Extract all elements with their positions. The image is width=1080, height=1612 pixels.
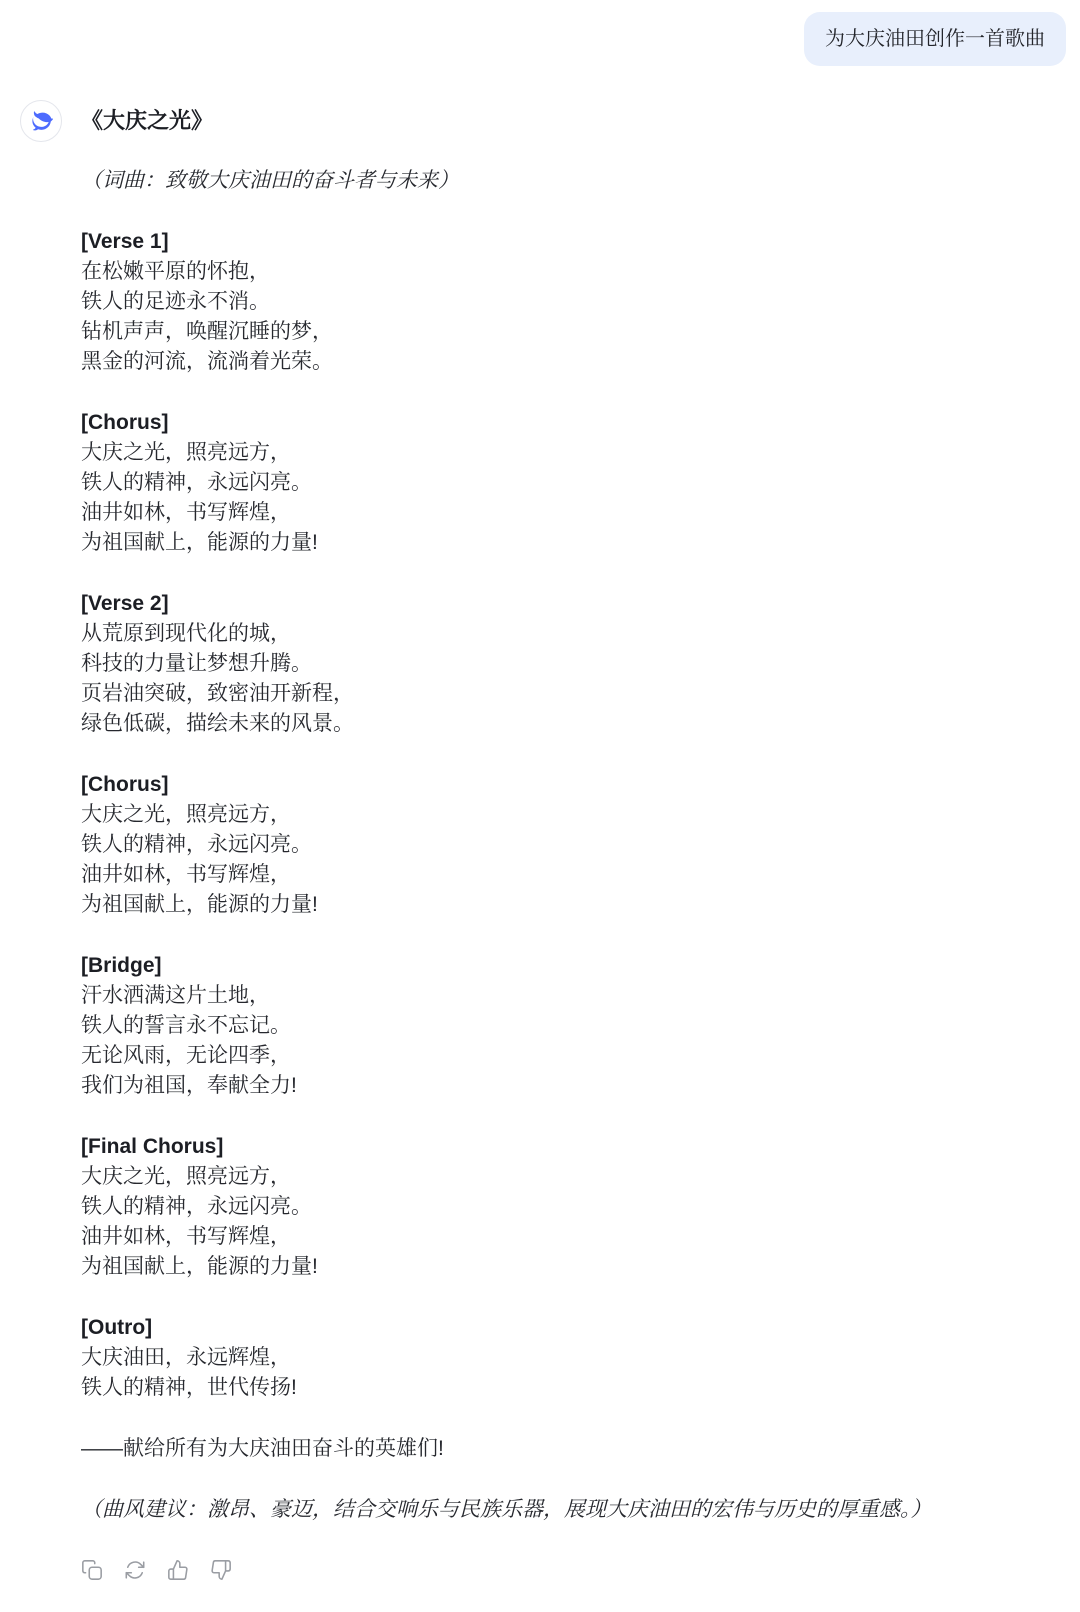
lyric-line: 铁人的精神，永远闪亮。 xyxy=(81,1195,312,1218)
section-chorus-2: [Chorus] 大庆之光，照亮远方， 铁人的精神，永远闪亮。 油井如林，书写辉… xyxy=(81,770,932,920)
lyric-line: 黑金的河流，流淌着光荣。 xyxy=(81,350,333,373)
lyric-line: 大庆之光，照亮远方， xyxy=(81,803,291,826)
copy-icon xyxy=(81,1559,103,1581)
section-header: [Chorus] xyxy=(81,411,169,434)
section-bridge: [Bridge] 汗水洒满这片土地， 铁人的誓言永不忘记。 无论风雨，无论四季，… xyxy=(81,951,932,1101)
lyric-line: 铁人的精神，世代传扬! xyxy=(81,1376,297,1399)
lyric-line: 油井如林，书写辉煌， xyxy=(81,1225,291,1248)
lyric-line: 铁人的足迹永不消。 xyxy=(81,290,270,313)
assistant-avatar xyxy=(20,100,62,142)
thumbs-down-icon xyxy=(210,1559,232,1581)
lyric-line: 在松嫩平原的怀抱， xyxy=(81,260,270,283)
lyric-line: 从荒原到现代化的城， xyxy=(81,622,291,645)
chat-page: 为大庆油田创作一首歌曲 《大庆之光》 （词曲：致敬大庆油田的奋斗者与未来） [V… xyxy=(0,0,1080,1612)
message-actions xyxy=(81,1559,932,1581)
lyric-line: 大庆油田，永远辉煌， xyxy=(81,1346,291,1369)
lyric-line: 油井如林，书写辉煌， xyxy=(81,501,291,524)
style-note: （曲风建议：激昂、豪迈，结合交响乐与民族乐器，展现大庆油田的宏伟与历史的厚重感。… xyxy=(81,1495,932,1525)
lyric-line: 汗水洒满这片土地， xyxy=(81,984,270,1007)
section-header: [Verse 1] xyxy=(81,230,169,253)
lyric-line: 绿色低碳，描绘未来的风景。 xyxy=(81,712,354,735)
section-header: [Verse 2] xyxy=(81,592,169,615)
regenerate-button[interactable] xyxy=(124,1559,146,1581)
song-subtitle: （词曲：致敬大庆油田的奋斗者与未来） xyxy=(81,166,932,196)
assistant-content: 《大庆之光》 （词曲：致敬大庆油田的奋斗者与未来） [Verse 1] 在松嫩平… xyxy=(81,100,932,1581)
assistant-message: 《大庆之光》 （词曲：致敬大庆油田的奋斗者与未来） [Verse 1] 在松嫩平… xyxy=(0,100,1080,1581)
user-message-row: 为大庆油田创作一首歌曲 xyxy=(0,0,1080,66)
lyric-line: 我们为祖国，奉献全力! xyxy=(81,1074,297,1097)
user-message-bubble: 为大庆油田创作一首歌曲 xyxy=(804,12,1066,66)
lyric-line: 科技的力量让梦想升腾。 xyxy=(81,652,312,675)
lyric-line: 为祖国献上，能源的力量! xyxy=(81,1255,318,1278)
section-header: [Final Chorus] xyxy=(81,1135,223,1158)
section-final-chorus: [Final Chorus] 大庆之光，照亮远方， 铁人的精神，永远闪亮。 油井… xyxy=(81,1132,932,1282)
lyric-line: 铁人的精神，永远闪亮。 xyxy=(81,471,312,494)
song-title: 《大庆之光》 xyxy=(81,106,932,135)
section-outro: [Outro] 大庆油田，永远辉煌， 铁人的精神，世代传扬! xyxy=(81,1313,932,1403)
lyric-line: 油井如林，书写辉煌， xyxy=(81,863,291,886)
section-verse-2: [Verse 2] 从荒原到现代化的城， 科技的力量让梦想升腾。 页岩油突破，致… xyxy=(81,589,932,739)
section-header: [Bridge] xyxy=(81,954,162,977)
lyric-line: 铁人的精神，永远闪亮。 xyxy=(81,833,312,856)
thumbs-down-button[interactable] xyxy=(210,1559,232,1581)
dedication-line: ——献给所有为大庆油田奋斗的英雄们! xyxy=(81,1434,932,1464)
thumbs-up-icon xyxy=(167,1559,189,1581)
lyric-line: 页岩油突破，致密油开新程， xyxy=(81,682,354,705)
section-chorus-1: [Chorus] 大庆之光，照亮远方， 铁人的精神，永远闪亮。 油井如林，书写辉… xyxy=(81,408,932,558)
lyric-line: 无论风雨，无论四季， xyxy=(81,1044,291,1067)
copy-button[interactable] xyxy=(81,1559,103,1581)
lyric-line: 大庆之光，照亮远方， xyxy=(81,1165,291,1188)
section-header: [Outro] xyxy=(81,1316,152,1339)
thumbs-up-button[interactable] xyxy=(167,1559,189,1581)
section-header: [Chorus] xyxy=(81,773,169,796)
section-verse-1: [Verse 1] 在松嫩平原的怀抱， 铁人的足迹永不消。 钻机声声，唤醒沉睡的… xyxy=(81,227,932,377)
lyric-line: 钻机声声，唤醒沉睡的梦， xyxy=(81,320,333,343)
lyric-line: 为祖国献上，能源的力量! xyxy=(81,893,318,916)
regenerate-icon xyxy=(124,1559,146,1581)
deepseek-whale-icon xyxy=(28,108,55,135)
lyric-line: 大庆之光，照亮远方， xyxy=(81,441,291,464)
lyric-line: 为祖国献上，能源的力量! xyxy=(81,531,318,554)
lyric-line: 铁人的誓言永不忘记。 xyxy=(81,1014,291,1037)
